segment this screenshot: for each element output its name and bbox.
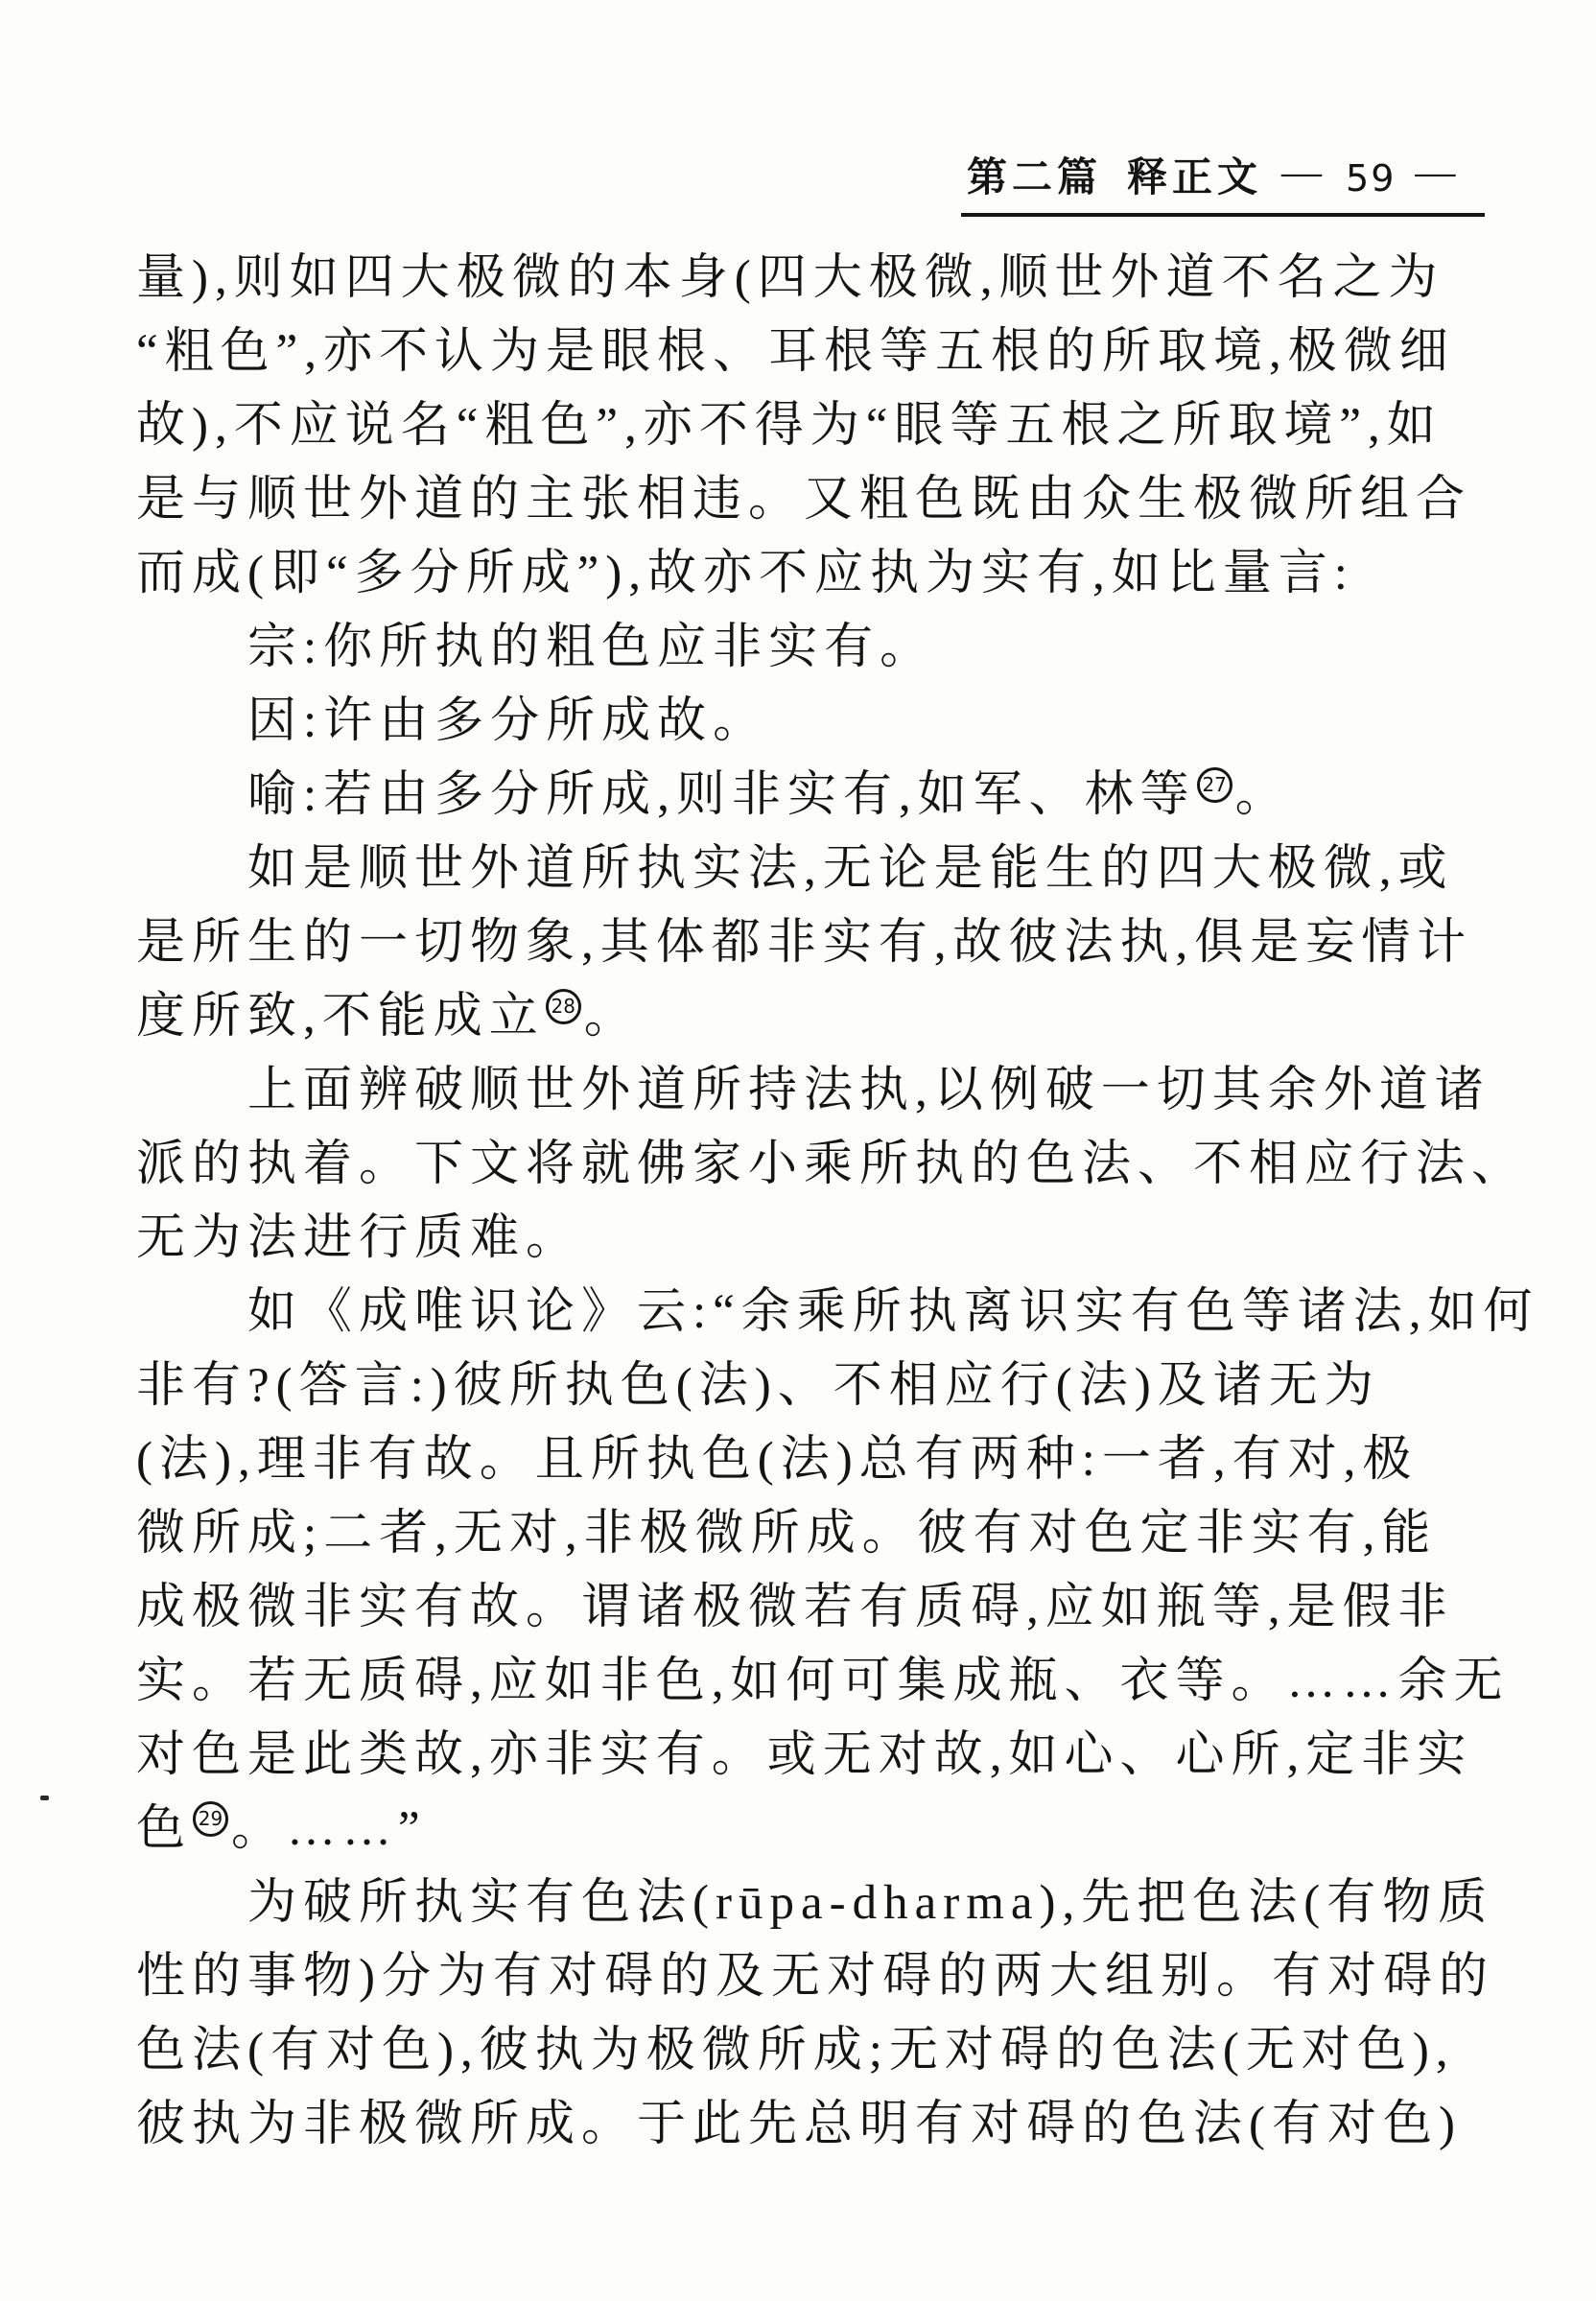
- text-line: 对色是此类故,亦非实有。或无对故,如心、心所,定非实: [136, 1719, 1479, 1793]
- text-line: 实。若无质碍,应如非色,如何可集成瓶、衣等。……余无: [136, 1645, 1479, 1719]
- margin-mark: [40, 1796, 49, 1800]
- text-run: 无为法进行质难。: [136, 1211, 581, 1265]
- text-line: 如《成唯识论》云:“余乘所执离识实有色等诸法,如何: [136, 1276, 1479, 1350]
- text-run: 非有?(答言:)彼所执色(法)、不相应行(法)及诸无为: [136, 1359, 1380, 1413]
- text-run: “粗色”,亦不认为是眼根、耳根等五根的所取境,极微细: [136, 325, 1455, 379]
- text-run: 色法(有对色),彼执为极微所成;无对碍的色法(无对色),: [136, 2024, 1455, 2078]
- text-line: 色29。……”: [136, 1793, 1479, 1867]
- text-run: 故),不应说名“粗色”,亦不得为“眼等五根之所取境”,如: [136, 399, 1443, 453]
- text-run: 上面辨破顺世外道所持法执,以例破一切其余外道诸: [247, 1064, 1490, 1117]
- footnote-marker: 28: [546, 989, 581, 1024]
- text-line: 量),则如四大极微的本身(四大极微,顺世外道不名之为: [136, 242, 1479, 316]
- footnote-marker: 29: [193, 1801, 228, 1837]
- text-run: 对色是此类故,亦非实有。或无对故,如心、心所,定非实: [136, 1728, 1472, 1782]
- text-line: 因:许由多分所成故。: [136, 685, 1479, 759]
- text-line: 如是顺世外道所执实法,无论是能生的四大极微,或: [136, 833, 1479, 906]
- text-line: 无为法进行质难。: [136, 1202, 1479, 1276]
- text-run: 微所成;二者,无对,非极微所成。彼有对色定非实有,能: [136, 1507, 1437, 1561]
- text-line: (法),理非有故。且所执色(法)总有两种:一者,有对,极: [136, 1423, 1479, 1497]
- chapter-title: 释正文: [1127, 156, 1262, 200]
- text-line: 派的执着。下文将就佛家小乘所执的色法、不相应行法、: [136, 1128, 1479, 1202]
- text-line: 喻:若由多分所成,则非实有,如军、林等27。: [136, 759, 1479, 833]
- text-run: (法),理非有故。且所执色(法)总有两种:一者,有对,极: [136, 1433, 1418, 1487]
- text-run: 。: [584, 990, 640, 1044]
- text-line: 是所生的一切物象,其体都非实有,故彼法执,俱是妄情计: [136, 906, 1479, 980]
- footnote-marker: 27: [1197, 767, 1232, 803]
- text-line: “粗色”,亦不认为是眼根、耳根等五根的所取境,极微细: [136, 316, 1479, 389]
- text-line: 微所成;二者,无对,非极微所成。彼有对色定非实有,能: [136, 1497, 1479, 1571]
- text-run: 实。若无质碍,应如非色,如何可集成瓶、衣等。……余无: [136, 1655, 1510, 1708]
- text-line: 上面辨破顺世外道所持法执,以例破一切其余外道诸: [136, 1054, 1479, 1128]
- text-line: 成极微非实有故。谓诸极微若有质碍,应如瓶等,是假非: [136, 1571, 1479, 1645]
- text-line: 是与顺世外道的主张相违。又粗色既由众生极微所组合: [136, 463, 1479, 537]
- text-line: 非有?(答言:)彼所执色(法)、不相应行(法)及诸无为: [136, 1350, 1479, 1423]
- text-line: 宗:你所执的粗色应非实有。: [136, 611, 1479, 685]
- text-run: 宗:你所执的粗色应非实有。: [247, 621, 935, 674]
- text-run: 。: [1235, 768, 1291, 822]
- text-run: 派的执着。下文将就佛家小乘所执的色法、不相应行法、: [136, 1138, 1527, 1191]
- text-line: 度所致,不能成立28。: [136, 980, 1479, 1054]
- text-run: 色: [136, 1802, 192, 1856]
- text-run: 性的事物)分为有对碍的及无对碍的两大组别。有对碍的: [136, 1950, 1494, 2004]
- text-run: 如是顺世外道所执实法,无论是能生的四大极微,或: [247, 842, 1454, 896]
- text-run: 因:许由多分所成故。: [247, 694, 768, 748]
- scanned-book-page: 第二篇释正文—59— 量),则如四大极微的本身(四大极微,顺世外道不名之为“粗色…: [0, 0, 1596, 2301]
- text-run: 是所生的一切物象,其体都非实有,故彼法执,俱是妄情计: [136, 916, 1472, 970]
- text-run: 量),则如四大极微的本身(四大极微,顺世外道不名之为: [136, 251, 1443, 305]
- text-run: 度所致,不能成立: [136, 990, 545, 1044]
- page-body: 量),则如四大极微的本身(四大极微,顺世外道不名之为“粗色”,亦不认为是眼根、耳…: [136, 242, 1479, 2162]
- text-line: 为破所执实有色法(rūpa-dharma),先把色法(有物质: [136, 1867, 1479, 1940]
- section-label: 第二篇: [967, 156, 1102, 200]
- folio-dash-right: —: [1415, 150, 1460, 196]
- running-head: 第二篇释正文—59—: [961, 146, 1485, 217]
- text-line: 色法(有对色),彼执为极微所成;无对碍的色法(无对色),: [136, 2014, 1479, 2088]
- page-number: 59: [1346, 157, 1396, 200]
- text-line: 彼执为非极微所成。于此先总明有对碍的色法(有对色): [136, 2088, 1479, 2162]
- text-run: 喻:若由多分所成,则非实有,如军、林等: [247, 768, 1196, 822]
- text-run: 彼执为非极微所成。于此先总明有对碍的色法(有对色): [136, 2098, 1462, 2151]
- text-line: 性的事物)分为有对碍的及无对碍的两大组别。有对碍的: [136, 1940, 1479, 2014]
- text-line: 而成(即“多分所成”),故亦不应执为实有,如比量言:: [136, 537, 1479, 611]
- folio-dash-left: —: [1281, 150, 1326, 196]
- text-run: 。……”: [231, 1802, 427, 1856]
- text-run: 成极微非实有故。谓诸极微若有质碍,应如瓶等,是假非: [136, 1581, 1454, 1634]
- text-line: 故),不应说名“粗色”,亦不得为“眼等五根之所取境”,如: [136, 389, 1479, 463]
- text-run: 为破所执实有色法(rūpa-dharma),先把色法(有物质: [247, 1876, 1493, 1930]
- text-run: 而成(即“多分所成”),故亦不应执为实有,如比量言:: [136, 547, 1354, 600]
- text-run: 是与顺世外道的主张相违。又粗色既由众生极微所组合: [136, 473, 1471, 527]
- text-run: 如《成唯识论》云:“余乘所执离识实有色等诸法,如何: [247, 1285, 1539, 1339]
